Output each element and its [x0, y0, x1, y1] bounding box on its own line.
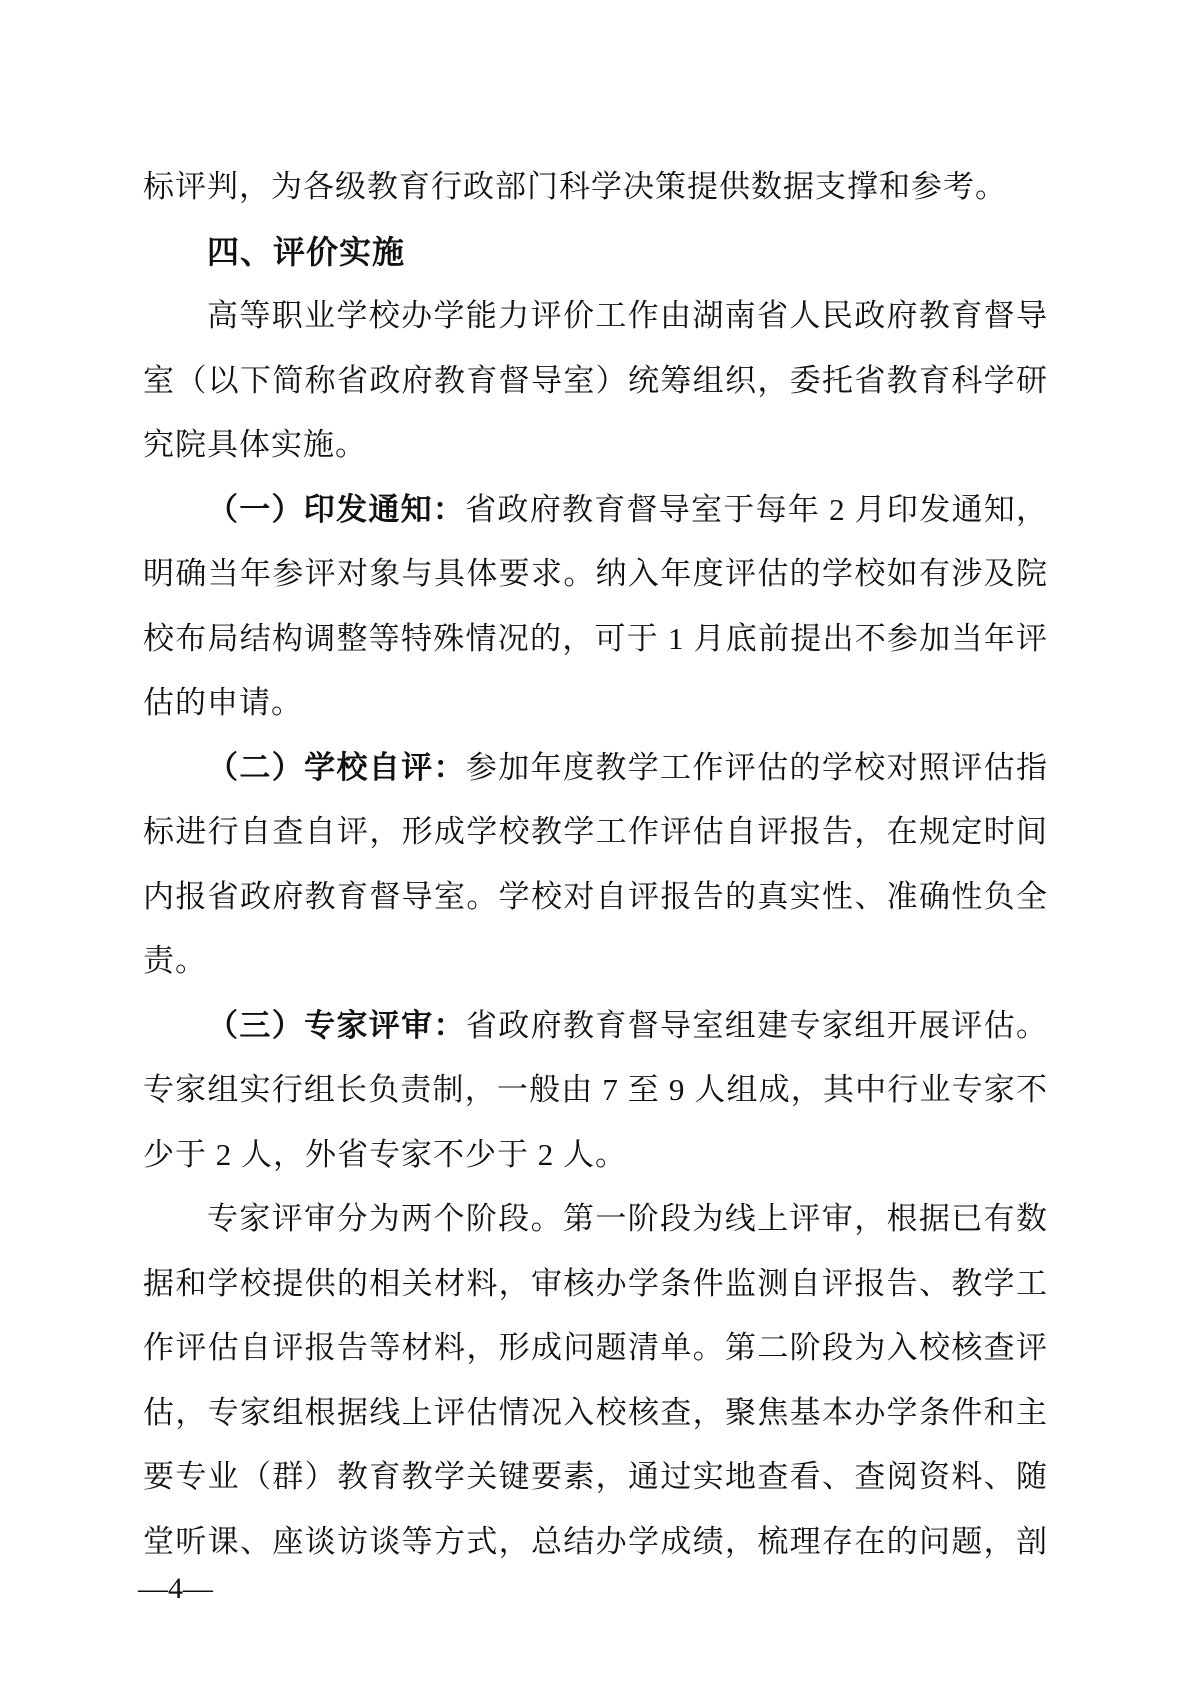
document-page: 标评判，为各级教育行政部门科学决策提供数据支撑和参考。 四、评价实施 高等职业学…: [0, 0, 1191, 1684]
text-line: 要专业（群）教育教学关键要素，通过实地查看、查阅资料、随: [143, 1445, 1048, 1510]
text-line: 据和学校提供的相关材料，审核办学条件监测自评报告、教学工: [143, 1252, 1048, 1317]
text-line: 少于 2 人，外省专家不少于 2 人。: [143, 1123, 1048, 1188]
text-line: 标进行自查自评，形成学校教学工作评估自评报告，在规定时间: [143, 800, 1048, 865]
page-number: —4—: [138, 1572, 213, 1606]
text-line-item-2: （二）学校自评：参加年度教学工作评估的学校对照评估指: [143, 736, 1048, 801]
item-text: 省政府教育督导室于每年 2 月印发通知，: [465, 492, 1048, 527]
item-text: 参加年度教学工作评估的学校对照评估指: [466, 750, 1048, 785]
text-line: 堂听课、座谈访谈等方式，总结办学成绩，梳理存在的问题，剖: [143, 1510, 1048, 1575]
text-line: 高等职业学校办学能力评价工作由湖南省人民政府教育督导: [143, 284, 1048, 349]
text-line: 内报省政府教育督导室。学校对自评报告的真实性、准确性负全: [143, 865, 1048, 930]
item-lead-label: （一）印发通知：: [207, 492, 465, 527]
item-lead-label: （三）专家评审：: [207, 1008, 466, 1043]
text-line: 室（以下简称省政府教育督导室）统筹组织，委托省教育科学研: [143, 349, 1048, 414]
text-line: 作评估自评报告等材料，形成问题清单。第二阶段为入校核查评: [143, 1316, 1048, 1381]
text-line: 估的申请。: [143, 671, 1048, 736]
text-line: 校布局结构调整等特殊情况的，可于 1 月底前提出不参加当年评: [143, 607, 1048, 672]
text-line: 责。: [143, 929, 1048, 994]
item-text: 省政府教育督导室组建专家组开展评估。: [466, 1008, 1048, 1043]
text-line: 专家组实行组长负责制，一般由 7 至 9 人组成，其中行业专家不: [143, 1058, 1048, 1123]
text-line: 标评判，为各级教育行政部门科学决策提供数据支撑和参考。: [143, 155, 1048, 220]
text-line-item-1: （一）印发通知：省政府教育督导室于每年 2 月印发通知，: [143, 478, 1048, 543]
text-line: 究院具体实施。: [143, 413, 1048, 478]
text-line-item-3: （三）专家评审：省政府教育督导室组建专家组开展评估。: [143, 994, 1048, 1059]
text-line: 估，专家组根据线上评估情况入校核查，聚焦基本办学条件和主: [143, 1381, 1048, 1446]
section-heading: 四、评价实施: [143, 220, 1048, 285]
text-line: 明确当年参评对象与具体要求。纳入年度评估的学校如有涉及院: [143, 542, 1048, 607]
item-lead-label: （二）学校自评：: [207, 750, 466, 785]
text-line: 专家评审分为两个阶段。第一阶段为线上评审，根据已有数: [143, 1187, 1048, 1252]
document-body: 标评判，为各级教育行政部门科学决策提供数据支撑和参考。 四、评价实施 高等职业学…: [143, 155, 1048, 1574]
